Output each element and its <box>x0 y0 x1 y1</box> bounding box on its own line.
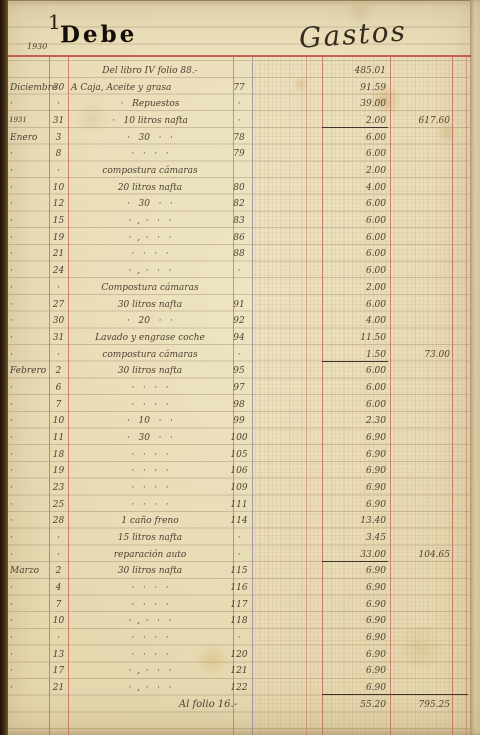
amount-cell: 6.90 <box>322 584 386 593</box>
day-cell: 15 <box>49 217 68 226</box>
month-cell: · <box>10 517 48 526</box>
concept-cell: · · · · <box>70 150 230 159</box>
concept-cell: 30 litros nafta <box>70 567 230 576</box>
ledger-row: · 10 20 litros nafta 80 4.00 <box>0 179 480 196</box>
month-cell: · <box>10 250 48 259</box>
amount-cell: 6.00 <box>322 200 386 209</box>
amount-cell: 1.50 <box>322 351 386 360</box>
folio-cell: 98 <box>226 401 252 410</box>
folio-cell: 99 <box>226 417 252 426</box>
concept-cell: 1 caño freno <box>70 517 230 526</box>
day-cell: 6 <box>49 384 68 393</box>
ledger-row: · 10 · , · · · 118 6.90 <box>0 612 480 629</box>
ledger-row: · · · Repuestos · 39.00 <box>0 95 480 112</box>
amount-cell: 6.90 <box>322 484 386 493</box>
day-cell: 30 <box>49 84 68 93</box>
year-label-1930: 1930 <box>27 42 47 51</box>
month-cell: · <box>10 284 48 293</box>
folio-cell: · <box>226 534 252 543</box>
day-cell: 31 <box>49 117 68 126</box>
ledger-row: · 19 · · · · 106 6.90 <box>0 462 480 479</box>
day-cell: 12 <box>49 200 68 209</box>
month-cell: · <box>10 184 48 193</box>
day-cell: 2 <box>49 567 68 576</box>
folio-cell: 100 <box>226 434 252 443</box>
month-cell: Marzo <box>10 567 48 576</box>
day-cell: 18 <box>49 451 68 460</box>
month-cell: Febrero <box>10 367 48 376</box>
folio-cell: 78 <box>226 134 252 143</box>
ledger-row: · 30 · 20 · · 92 4.00 <box>0 312 480 329</box>
day-cell: 21 <box>49 684 68 693</box>
ledger-row: · · compostura cámaras · 1.50 73.00 <box>0 346 480 363</box>
folio-cell: 114 <box>226 517 252 526</box>
amount-cell: 2.30 <box>322 417 386 426</box>
ledger-row: Enero 3 · 30 · · 78 6.00 <box>0 129 480 146</box>
ledger-row: · 25 · · · · 111 6.90 <box>0 496 480 513</box>
ledger-row: · 13 · · · · 120 6.90 <box>0 646 480 663</box>
amount-cell: 6.90 <box>322 684 386 693</box>
folio-cell: 109 <box>226 484 252 493</box>
top-page-edge <box>8 0 470 7</box>
ledger-row: Febrero 2 30 litros nafta 95 6.00 <box>0 362 480 379</box>
day-cell: · <box>49 634 68 643</box>
page-stack-edge <box>470 0 480 735</box>
concept-cell: compostura cámaras <box>70 167 230 176</box>
month-cell: · <box>10 467 48 476</box>
folio-cell: · <box>226 551 252 560</box>
month-cell: · <box>10 384 48 393</box>
day-cell: · <box>49 167 68 176</box>
ledger-row: · 8 · · · · 79 6.00 <box>0 145 480 162</box>
concept-cell: · · · · <box>70 467 230 476</box>
month-cell: · <box>10 417 48 426</box>
ledger-row: · · · · · · · 6.90 <box>0 629 480 646</box>
folio-cell: 105 <box>226 451 252 460</box>
amount-cell: 6.90 <box>322 567 386 576</box>
month-cell: · <box>10 584 48 593</box>
ledger-row: · 31 · 10 litros nafta · 2.00 617.60 <box>0 112 480 129</box>
ledger-row: · 31 Lavado y engrase coche 94 11.50 <box>0 329 480 346</box>
ledger-row: · · reparación auto · 33.00 104.65 <box>0 546 480 563</box>
day-cell: 19 <box>49 234 68 243</box>
day-cell: 25 <box>49 501 68 510</box>
month-cell: · <box>10 217 48 226</box>
amount-cell: 91.59 <box>322 84 386 93</box>
concept-cell: · , · · · <box>70 217 230 226</box>
month-cell: · <box>10 117 48 126</box>
month-cell: · <box>10 534 48 543</box>
account-title: Gastos <box>298 14 408 54</box>
ledger-row: · · 15 litros nafta · 3.45 <box>0 529 480 546</box>
month-cell: · <box>10 317 48 326</box>
folio-cell: 117 <box>226 601 252 610</box>
folio-cell: 95 <box>226 367 252 376</box>
day-cell: · <box>49 284 68 293</box>
amount-cell: 2.00 <box>322 117 386 126</box>
day-cell: · <box>49 351 68 360</box>
amount-cell: 6.90 <box>322 634 386 643</box>
month-cell: · <box>10 234 48 243</box>
concept-cell: · Repuestos <box>70 100 230 109</box>
amount-cell: 6.00 <box>322 150 386 159</box>
concept-cell: · · · · <box>70 451 230 460</box>
bottom-page-edge <box>8 727 470 735</box>
day-cell: 10 <box>49 417 68 426</box>
amount-cell: 6.90 <box>322 601 386 610</box>
folio-cell: 79 <box>226 150 252 159</box>
folio-cell: 115 <box>226 567 252 576</box>
ledger-row: · 21 · , · · · 122 6.90 <box>0 679 480 696</box>
month-cell: · <box>10 434 48 443</box>
day-cell: 3 <box>49 134 68 143</box>
amount-cell: 6.00 <box>322 250 386 259</box>
concept-cell: A Caja, Aceite y grasa <box>70 84 231 93</box>
month-cell: · <box>10 651 48 660</box>
ledger-row: Al folio 16.- 55.20 795.25 <box>0 696 480 713</box>
concept-cell: · 30 · · <box>70 200 230 209</box>
day-cell: 30 <box>49 317 68 326</box>
day-cell: 10 <box>49 617 68 626</box>
day-cell: 8 <box>49 150 68 159</box>
folio-cell: 97 <box>226 384 252 393</box>
folio-cell: · <box>226 351 252 360</box>
ledger-row: Diciembre 30 A Caja, Aceite y grasa 77 9… <box>0 79 480 96</box>
month-cell: · <box>10 551 48 560</box>
month-cell: · <box>10 484 48 493</box>
concept-cell: Lavado y engrase coche <box>70 334 230 343</box>
concept-cell: · · · · <box>70 384 230 393</box>
concept-cell: 15 litros nafta <box>70 534 230 543</box>
month-cell: · <box>10 617 48 626</box>
folio-cell: 92 <box>226 317 252 326</box>
amount-cell: 6.00 <box>322 217 386 226</box>
ledger-row: · 21 · · · · 88 6.00 <box>0 245 480 262</box>
concept-cell: Al folio 16.- <box>118 700 298 710</box>
month-cell: · <box>10 100 48 109</box>
month-cell: · <box>10 200 48 209</box>
amount-cell: 3.45 <box>322 534 386 543</box>
amount-cell: 2.00 <box>322 167 386 176</box>
amount-cell: 39.00 <box>322 100 386 109</box>
folio-cell: 118 <box>226 617 252 626</box>
ledger-page: 1 Debe Gastos 1930 1931 Del libro IV fol… <box>0 0 480 735</box>
ledger-row: Del libro IV folio 88.- 485.01 <box>0 62 480 79</box>
concept-cell: · 10 litros nafta <box>70 117 230 126</box>
day-cell: 28 <box>49 517 68 526</box>
day-cell: 17 <box>49 667 68 676</box>
ledger-row: · 17 · , · · · 121 6.90 <box>0 662 480 679</box>
day-cell: 21 <box>49 250 68 259</box>
concept-cell: · 10 · · <box>70 417 230 426</box>
month-cell: Diciembre <box>10 84 48 93</box>
concept-cell: · 30 · · <box>70 434 230 443</box>
day-cell: 4 <box>49 584 68 593</box>
amount-cell: 6.00 <box>322 267 386 276</box>
folio-cell: · <box>226 634 252 643</box>
concept-cell: · 20 · · <box>70 317 230 326</box>
month-cell: · <box>10 401 48 410</box>
folio-cell: 121 <box>226 667 252 676</box>
concept-cell: · , · · · <box>70 234 230 243</box>
concept-cell: · · · · <box>70 651 230 660</box>
ledger-row: · · Compostura cámaras 2.00 <box>0 279 480 296</box>
amount-cell: 6.00 <box>322 234 386 243</box>
amount-cell: 6.90 <box>322 434 386 443</box>
folio-cell: 86 <box>226 234 252 243</box>
month-cell: Enero <box>10 134 48 143</box>
concept-cell: · 30 · · <box>70 134 230 143</box>
ledger-row: · 18 · · · · 105 6.90 <box>0 446 480 463</box>
folio-cell: · <box>226 267 252 276</box>
amount-cell: 6.00 <box>322 401 386 410</box>
amount-cell: 13.40 <box>322 517 386 526</box>
day-cell: 24 <box>49 267 68 276</box>
concept-cell: · · · · <box>70 501 230 510</box>
concept-cell: 30 litros nafta <box>70 301 230 310</box>
concept-cell: Del libro IV folio 88.- <box>70 67 230 76</box>
amount-cell: 6.90 <box>322 667 386 676</box>
ledger-row: · · compostura cámaras 2.00 <box>0 162 480 179</box>
ledger-row: · 11 · 30 · · 100 6.90 <box>0 429 480 446</box>
concept-cell: · · · · <box>70 584 230 593</box>
folio-cell: 116 <box>226 584 252 593</box>
amount-cell: 6.90 <box>322 617 386 626</box>
concept-cell: · · · · <box>70 634 230 643</box>
page-number: 1 <box>48 10 61 34</box>
day-cell: 31 <box>49 334 68 343</box>
amount-cell: 6.90 <box>322 451 386 460</box>
ledger-row: · 4 · · · · 116 6.90 <box>0 579 480 596</box>
amount-cell: 4.00 <box>322 184 386 193</box>
concept-cell: · · · · <box>70 484 230 493</box>
ledger-row: · 6 · · · · 97 6.00 <box>0 379 480 396</box>
day-cell: · <box>49 551 68 560</box>
folio-cell: 83 <box>226 217 252 226</box>
folio-cell: 120 <box>226 651 252 660</box>
month-cell: · <box>10 150 48 159</box>
folio-cell: 91 <box>226 301 252 310</box>
ledger-row: · 23 · · · · 109 6.90 <box>0 479 480 496</box>
total-cell: 104.65 <box>390 551 450 560</box>
amount-cell: 6.00 <box>322 367 386 376</box>
concept-cell: reparación auto <box>70 551 230 560</box>
concept-cell: · , · · · <box>70 267 230 276</box>
folio-cell: 111 <box>226 501 252 510</box>
ledger-row: · 27 30 litros nafta 91 6.00 <box>0 296 480 313</box>
amount-cell: 6.00 <box>322 384 386 393</box>
debit-header: Debe <box>60 21 138 49</box>
month-cell: · <box>10 667 48 676</box>
ledger-row: · 15 · , · · · 83 6.00 <box>0 212 480 229</box>
concept-cell: 20 litros nafta <box>70 184 230 193</box>
folio-cell: 88 <box>226 250 252 259</box>
day-cell: 7 <box>49 601 68 610</box>
amount-cell: 2.00 <box>322 284 386 293</box>
header-rule <box>0 55 471 57</box>
concept-cell: compostura cámaras <box>70 351 230 360</box>
day-cell: · <box>49 534 68 543</box>
concept-cell: 30 litros nafta <box>70 367 230 376</box>
amount-cell: 6.90 <box>322 651 386 660</box>
month-cell: · <box>10 634 48 643</box>
amount-cell: 11.50 <box>322 334 386 343</box>
ledger-row: · 24 · , · · · · 6.00 <box>0 262 480 279</box>
day-cell: · <box>49 100 68 109</box>
folio-cell: 122 <box>226 684 252 693</box>
ledger-row: Marzo 2 30 litros nafta 115 6.90 <box>0 562 480 579</box>
folio-cell: · <box>226 100 252 109</box>
month-cell: · <box>10 351 48 360</box>
total-cell: 73.00 <box>390 351 450 360</box>
ledger-row: · 12 · 30 · · 82 6.00 <box>0 195 480 212</box>
month-cell: · <box>10 684 48 693</box>
amount-cell: 485.01 <box>322 67 386 76</box>
total-cell: 617.60 <box>390 117 450 126</box>
folio-cell: · <box>226 117 252 126</box>
binding-edge <box>0 0 8 735</box>
amount-cell: 6.90 <box>322 467 386 476</box>
amount-cell: 6.00 <box>322 134 386 143</box>
ledger-row: · 7 · · · · 117 6.90 <box>0 596 480 613</box>
day-cell: 19 <box>49 467 68 476</box>
ledger-row: · 7 · · · · 98 6.00 <box>0 396 480 413</box>
folio-cell: 106 <box>226 467 252 476</box>
folio-cell: 77 <box>226 84 252 93</box>
folio-cell: 82 <box>226 200 252 209</box>
ledger-row: · 28 1 caño freno 114 13.40 <box>0 512 480 529</box>
month-cell: · <box>10 267 48 276</box>
amount-cell: 33.00 <box>322 551 386 560</box>
concept-cell: · · · · <box>70 601 230 610</box>
concept-cell: · , · · · <box>70 617 230 626</box>
month-cell: · <box>10 451 48 460</box>
folio-cell: 80 <box>226 184 252 193</box>
concept-cell: Compostura cámaras <box>70 284 230 293</box>
month-cell: · <box>10 301 48 310</box>
month-cell: · <box>10 601 48 610</box>
amount-cell: 55.20 <box>322 701 386 710</box>
day-cell: 11 <box>49 434 68 443</box>
amount-cell: 6.00 <box>322 301 386 310</box>
month-cell: · <box>10 334 48 343</box>
month-cell: · <box>10 501 48 510</box>
ledger-row: · 19 · , · · · 86 6.00 <box>0 229 480 246</box>
day-cell: 2 <box>49 367 68 376</box>
folio-cell: 94 <box>226 334 252 343</box>
ledger-row: · 10 · 10 · · 99 2.30 <box>0 412 480 429</box>
day-cell: 7 <box>49 401 68 410</box>
day-cell: 27 <box>49 301 68 310</box>
concept-cell: · · · · <box>70 401 230 410</box>
total-cell: 795.25 <box>390 701 450 710</box>
concept-cell: · , · · · <box>70 667 230 676</box>
day-cell: 13 <box>49 651 68 660</box>
month-cell: · <box>10 167 48 176</box>
day-cell: 10 <box>49 184 68 193</box>
day-cell: 23 <box>49 484 68 493</box>
amount-cell: 4.00 <box>322 317 386 326</box>
amount-cell: 6.90 <box>322 501 386 510</box>
concept-cell: · · · · <box>70 250 230 259</box>
concept-cell: · , · · · <box>70 684 230 693</box>
